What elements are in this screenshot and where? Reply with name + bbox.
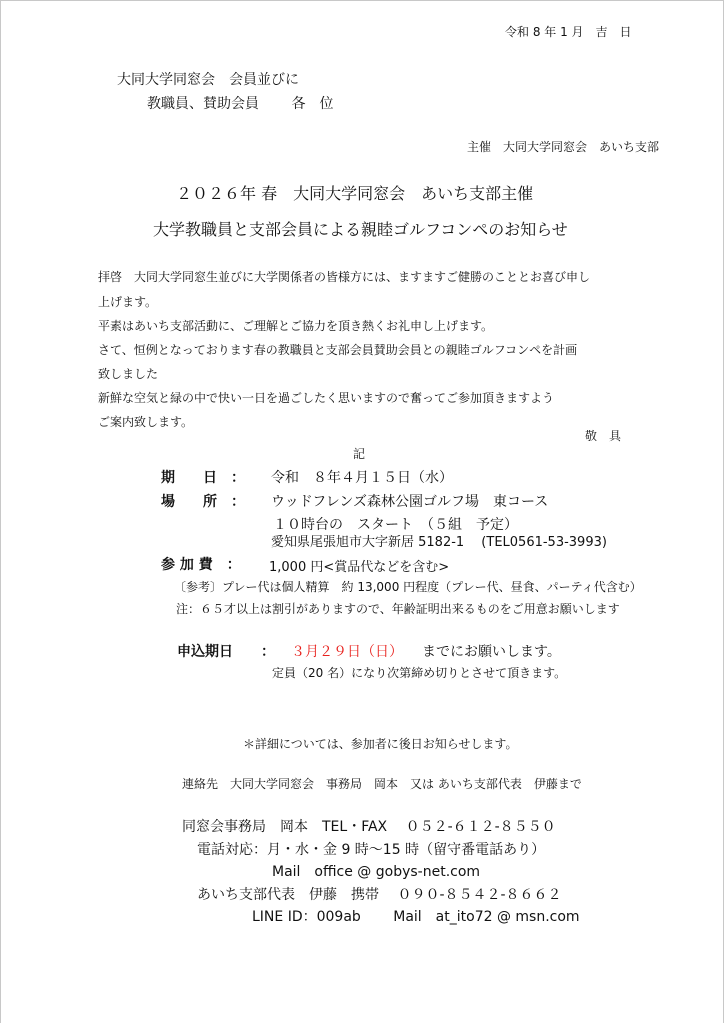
place-label: 場 所 ： <box>161 491 245 511</box>
deadline-label: 申込期日 ： <box>177 641 275 661</box>
document-page: 令和 8 年 1 月 吉 日 大同大学同窓会 会員並びに 教職員、賛助会員 各 … <box>0 0 724 1023</box>
closing: 敬 具 <box>585 427 621 444</box>
deadline-suffix: までにお願いします。 <box>422 641 561 661</box>
discount-note: 注：６５才以上は割引がありますので、年齢証明出来るものをご用意お願いします <box>176 600 620 617</box>
ki-heading: 記 <box>353 445 365 462</box>
addressee-line-1: 大同大学同窓会 会員並びに <box>117 69 299 89</box>
date-label: 期 日 ： <box>161 467 245 487</box>
body-line: 平素はあいち支部活動に、ご理解とご協力を頂き熱くお礼申し上げます。 <box>98 317 493 334</box>
address: 愛知県尾張旭市大字新居 5182-1 (TEL0561-53-3993) <box>271 531 607 550</box>
title-line-1: ２０２６年 春 大同大学同窓会 あいち支部主催 <box>176 181 533 204</box>
office-mail: Mail office @ gobys-net.com <box>272 861 480 881</box>
title-line-2: 大学教職員と支部会員による親睦ゴルフコンペのお知らせ <box>153 217 568 240</box>
addressee-line-2: 教職員、賛助会員 各 位 <box>147 93 333 113</box>
body-line: 上げます。 <box>98 293 157 310</box>
fee-label: 参 加 費 ： <box>161 554 241 574</box>
fee-value: 1,000 円<賞品代などを含む> <box>269 556 449 575</box>
rep-line-mail: LINE ID：009ab Mail at_ito72 @ msn.com <box>252 906 580 926</box>
body-line: 拝啓 大同大学同窓生並びに大学関係者の皆様方には、ますますご健勝のこととお喜び申… <box>98 268 590 285</box>
body-line: 致しました <box>98 365 158 382</box>
office-phone: 同窓会事務局 岡本 TEL・FAX ０５２-６１２-８５５０ <box>182 816 556 836</box>
body-line: ご案内致します。 <box>98 413 193 430</box>
date-value: 令和 ８年４月１５日（水） <box>271 467 453 487</box>
detail-note: ＊詳細については、参加者に後日お知らせします。 <box>243 735 517 752</box>
contact-intro: 連絡先 大同大学同窓会 事務局 岡本 又は あいち支部代表 伊藤まで <box>182 775 582 792</box>
body-line: さて、恒例となっております春の教職員と支部会員賛助会員との親睦ゴルフコンペを計画 <box>98 341 577 358</box>
issue-date: 令和 8 年 1 月 吉 日 <box>505 23 632 40</box>
deadline-date: ３月２９日（日） <box>291 641 403 661</box>
office-hours: 電話対応：月・水・金 9 時～15 時（留守番電話あり） <box>197 839 545 859</box>
body-line: 新鮮な空気と緑の中で快い一日を過ごしたく思いますので奮ってご参加頂きますよう <box>98 389 554 406</box>
rep-phone: あいち支部代表 伊藤 携帯 ０９０-８５４２-８６６２ <box>197 884 562 904</box>
place-value: ウッドフレンズ森林公園ゴルフ場 東コース <box>271 491 548 511</box>
capacity-note: 定員（20 名）になり次第締め切りとさせて頂きます。 <box>272 664 566 681</box>
organizer: 主催 大同大学同窓会 あいち支部 <box>467 138 659 155</box>
reference-note: 〔参考〕プレー代は個人精算 約 13,000 円程度（プレー代、昼食、パーティ代… <box>174 578 642 595</box>
